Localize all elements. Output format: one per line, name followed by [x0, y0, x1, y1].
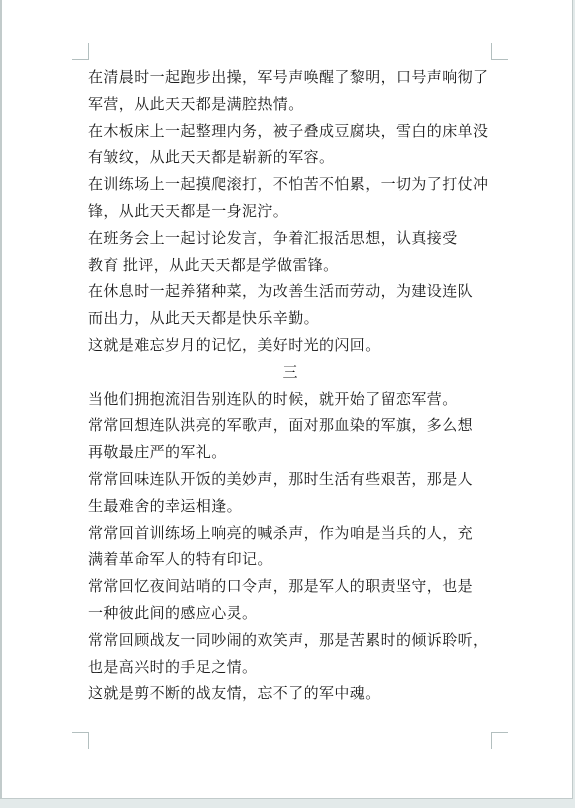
text-line: 这就是难忘岁月的记忆，美好时光的闪回。 — [88, 333, 492, 360]
document-viewport: { "colors": { "outside_bg": "#e3eaea", "… — [0, 0, 575, 808]
text-line: 而出力，从此天天都是快乐辛勤。 — [88, 306, 492, 333]
margin-crop-mark-top-right — [491, 43, 508, 60]
text-line: 教育 批评，从此天天都是学做雷锋。 — [88, 253, 492, 280]
margin-crop-mark-top-left — [72, 43, 89, 60]
text-line: 也是高兴时的手足之情。 — [88, 655, 492, 682]
section-heading: 三 — [88, 360, 492, 387]
text-line: 在班务会上一起讨论发言，争着汇报活思想，认真接受 — [88, 226, 492, 253]
document-text-body: 在清晨时一起跑步出操，军号声唤醒了黎明，口号声响彻了 军营，从此天天都是满腔热情… — [88, 65, 492, 708]
text-line: 再敬最庄严的军礼。 — [88, 440, 492, 467]
text-line: 锋，从此天天都是一身泥泞。 — [88, 199, 492, 226]
text-line: 常常回忆夜间站哨的口令声，那是军人的职责坚守，也是 — [88, 574, 492, 601]
text-line: 满着革命军人的特有印记。 — [88, 547, 492, 574]
text-line: 常常回味连队开饭的美妙声，那时生活有些艰苦，那是人 — [88, 467, 492, 494]
text-line: 常常回首训练场上响亮的喊杀声，作为咱是当兵的人，充 — [88, 521, 492, 548]
text-line: 在清晨时一起跑步出操，军号声唤醒了黎明，口号声响彻了 — [88, 65, 492, 92]
margin-crop-mark-bottom-right — [491, 732, 508, 749]
text-line: 在休息时一起养猪种菜，为改善生活而劳动，为建设连队 — [88, 279, 492, 306]
text-line: 这就是剪不断的战友情，忘不了的军中魂。 — [88, 681, 492, 708]
margin-crop-mark-bottom-left — [72, 732, 89, 749]
text-line: 在木板床上一起整理内务，被子叠成豆腐块，雪白的床单没 — [88, 119, 492, 146]
text-line: 有皱纹，从此天天都是崭新的军容。 — [88, 145, 492, 172]
text-line: 常常回想连队洪亮的军歌声，面对那血染的军旗，多么想 — [88, 413, 492, 440]
text-line: 军营，从此天天都是满腔热情。 — [88, 92, 492, 119]
text-line: 生最难舍的幸运相逢。 — [88, 494, 492, 521]
text-line: 当他们拥抱流泪告别连队的时候，就开始了留恋军营。 — [88, 387, 492, 414]
text-line: 一种彼此间的感应心灵。 — [88, 601, 492, 628]
document-page: 在清晨时一起跑步出操，军号声唤醒了黎明，口号声响彻了 军营，从此天天都是满腔热情… — [0, 0, 573, 799]
text-line: 常常回顾战友一同吵闹的欢笑声，那是苦累时的倾诉聆听， — [88, 628, 492, 655]
text-line: 在训练场上一起摸爬滚打，不怕苦不怕累，一切为了打仗冲 — [88, 172, 492, 199]
